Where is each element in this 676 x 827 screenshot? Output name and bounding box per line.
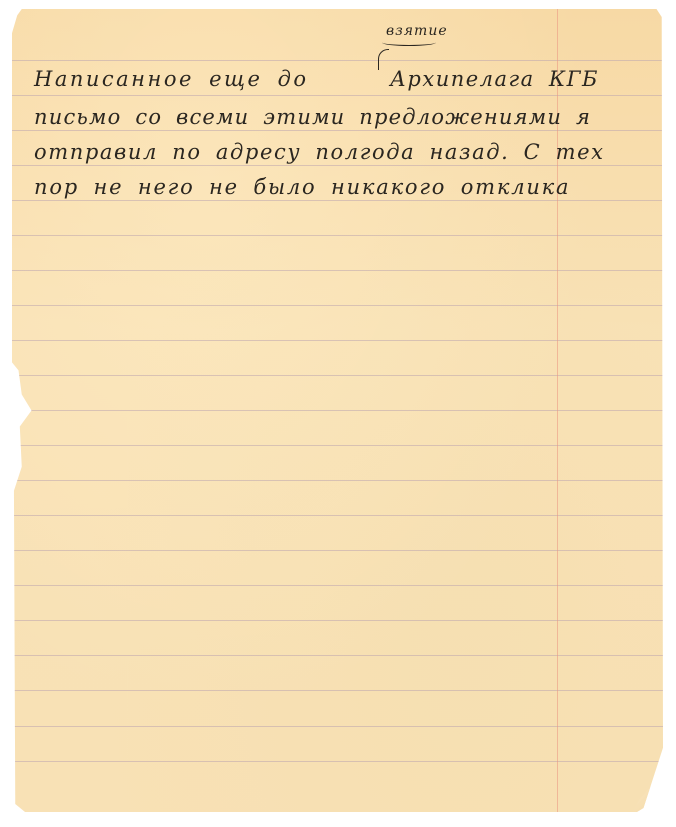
handwritten-line-3: отправил по адресу полгода назад. С тех [34,140,605,164]
handwritten-line-1a: Написанное еще до [34,67,309,91]
notebook-page: взятие Написанное еще до Архипелага КГБ … [12,9,663,812]
folded-corner [633,772,663,812]
ruled-line [12,200,663,201]
handwritten-line-2: письмо со всеми этими предложениями я [34,105,591,129]
ruled-line [12,655,663,656]
ruled-line [12,95,663,96]
ruled-line [12,270,663,271]
margin-line [557,9,558,812]
ruled-line [12,130,663,131]
ruled-line [12,585,663,586]
ruled-line [12,761,663,762]
ruled-line [12,165,663,166]
insertion-caret [378,49,389,70]
ruled-line [12,60,663,61]
ruled-line [12,375,663,376]
ruled-line [12,445,663,446]
ruled-line [12,305,663,306]
handwritten-insertion: взятие [386,23,448,39]
insertion-underline [382,39,436,46]
ruled-line [12,235,663,236]
ruled-line [12,620,663,621]
handwritten-line-1b: Архипелага КГБ [390,67,599,91]
handwritten-line-4: пор не него не было никакого отклика [34,175,570,199]
ruled-line [12,515,663,516]
ruled-line [12,550,663,551]
ruled-line [12,726,663,727]
ruled-line [12,690,663,691]
ruled-line [12,340,663,341]
ruled-line [12,410,663,411]
ruled-line [12,480,663,481]
